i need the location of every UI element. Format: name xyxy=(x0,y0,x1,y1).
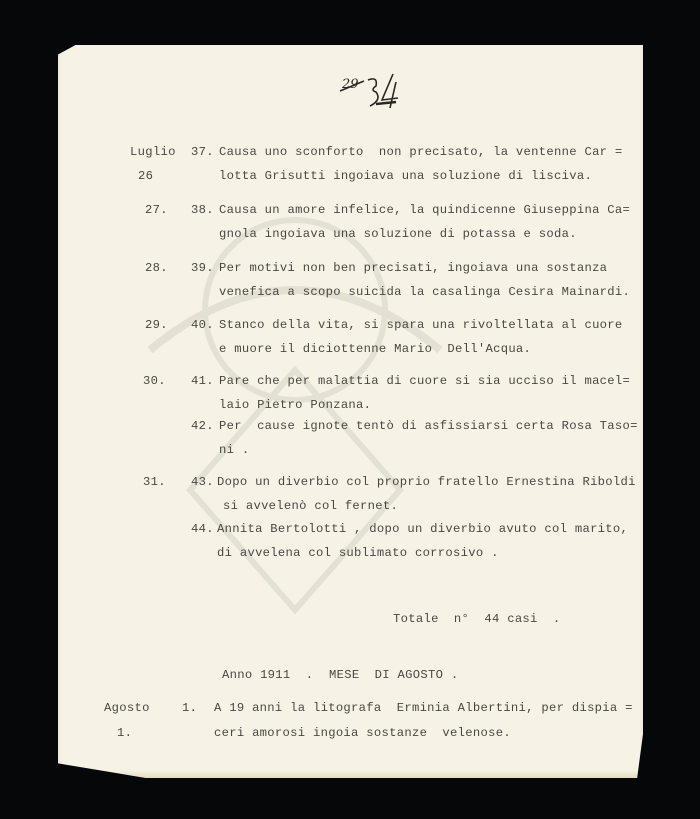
entry-text-line2: e muore il diciottenne Mario Dell'Acqua. xyxy=(219,342,531,356)
month-heading: MESE DI AGOSTO . xyxy=(329,668,458,682)
entry-date: 30. xyxy=(143,374,166,388)
entry-number: 37. xyxy=(191,145,214,159)
entry-number: 40. xyxy=(191,318,214,332)
entry-text-line2: lotta Grisutti ingoiava una soluzione di… xyxy=(219,169,592,183)
entry-text-line2: ni . xyxy=(219,443,249,457)
year-heading: Anno 1911 . xyxy=(222,668,313,682)
entry-text-line1: Annita Bertolotti , dopo un diverbio avu… xyxy=(217,522,628,536)
entry-number: 1. xyxy=(182,701,197,715)
entry-date: 28. xyxy=(145,261,168,275)
entry-number: 43. xyxy=(191,475,214,489)
entry-number: 42. xyxy=(191,419,214,433)
entry-text-line1: Pare che per malattia di cuore si sia uc… xyxy=(219,374,630,388)
entry-number: 39. xyxy=(191,261,214,275)
entry-text-line2: di avvelena col sublimato corrosivo . xyxy=(217,546,499,560)
total-cases: Totale n° 44 casi . xyxy=(393,612,561,626)
entry-text-line1: A 19 anni la litografa Erminia Albertini… xyxy=(214,701,633,715)
entry-date: Agosto xyxy=(104,701,150,715)
entry-number: 41. xyxy=(191,374,214,388)
entry-number: 38. xyxy=(191,203,214,217)
entry-text-line1: Stanco della vita, si spara una rivoltel… xyxy=(219,318,623,332)
handwritten-page-number: 29 xyxy=(338,70,418,115)
entry-date: 31. xyxy=(143,475,166,489)
entry-text-line1: Dopo un diverbio col proprio fratello Er… xyxy=(217,475,636,489)
entry-text-line1: Causa uno sconforto non precisato, la ve… xyxy=(219,145,623,159)
entry-date-day: 1. xyxy=(117,726,132,740)
entry-text-line1: Per cause ignote tentò di asfissiarsi ce… xyxy=(219,419,638,433)
entry-number: 44. xyxy=(191,522,214,536)
entry-date: Luglio xyxy=(130,145,176,159)
entry-text-line2: laio Pietro Ponzana. xyxy=(219,398,371,412)
entry-text-line2: ceri amorosi ingoia sostanze velenose. xyxy=(214,726,511,740)
entry-date: 27. xyxy=(145,203,168,217)
entry-text-line1: Per motivi non ben precisati, ingoiava u… xyxy=(219,261,607,275)
entry-date: 29. xyxy=(145,318,168,332)
entry-text-line2: si avvelenò col fernet. xyxy=(223,499,398,513)
entry-text-line1: Causa un amore infelice, la quindicenne … xyxy=(219,203,630,217)
entry-text-line2: gnola ingoiava una soluzione di potassa … xyxy=(219,227,577,241)
entry-text-line2: venefica a scopo suicida la casalinga Ce… xyxy=(219,285,630,299)
entry-date-day: 26 xyxy=(138,169,153,183)
